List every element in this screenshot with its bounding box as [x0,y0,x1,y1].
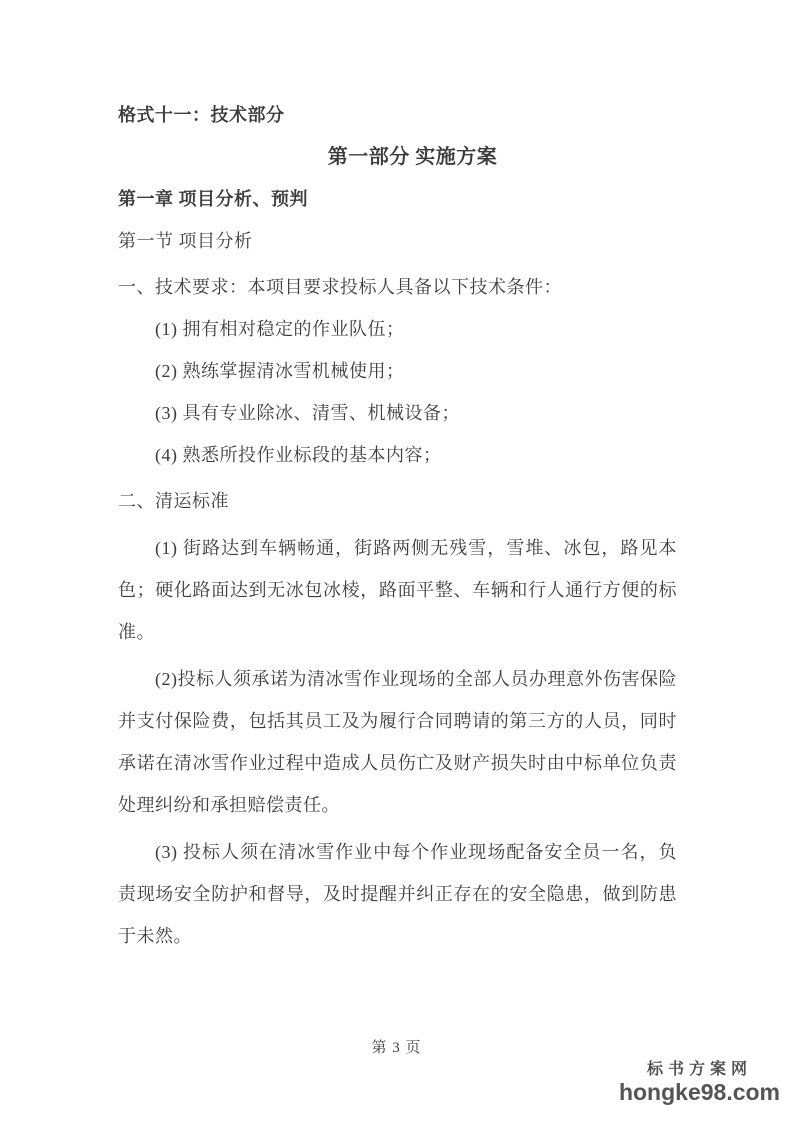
format-heading: 格式十一：技术部分 [118,94,677,136]
tech-condition-3: (3) 具有专业除冰、清雪、机械设备； [118,392,677,434]
watermark-site-url: hongke98.com [619,1081,780,1104]
tech-condition-4: (4) 熟悉所投作业标段的基本内容； [118,434,677,476]
page-number: 第 3 页 [0,1036,793,1057]
tech-requirements-intro: 一、技术要求：本项目要求投标人具备以下技术条件： [118,266,677,308]
document-page: 格式十一：技术部分 第一部分 实施方案 第一章 项目分析、预判 第一节 项目分析… [0,0,793,1122]
tech-condition-1: (1) 拥有相对稳定的作业队伍； [118,308,677,350]
chapter-title: 第一章 项目分析、预判 [118,178,677,220]
cleanup-standard-heading: 二、清运标准 [118,480,677,522]
watermark: 标书方案网 hongke98.com [619,1062,780,1104]
cleanup-paragraph-1: (1) 街路达到车辆畅通，街路两侧无残雪，雪堆、冰包，路见本色；硬化路面达到无冰… [118,527,677,653]
watermark-site-name: 标书方案网 [619,1062,780,1078]
cleanup-paragraph-2: (2)投标人须承诺为清冰雪作业现场的全部人员办理意外伤害保险并支付保险费，包括其… [118,658,677,826]
part-title: 第一部分 实施方案 [118,136,677,178]
cleanup-paragraph-3: (3) 投标人须在清冰雪作业中每个作业现场配备安全员一名，负责现场安全防护和督导… [118,831,677,957]
tech-condition-2: (2) 熟练掌握清冰雪机械使用； [118,350,677,392]
section-title: 第一节 项目分析 [118,220,677,262]
